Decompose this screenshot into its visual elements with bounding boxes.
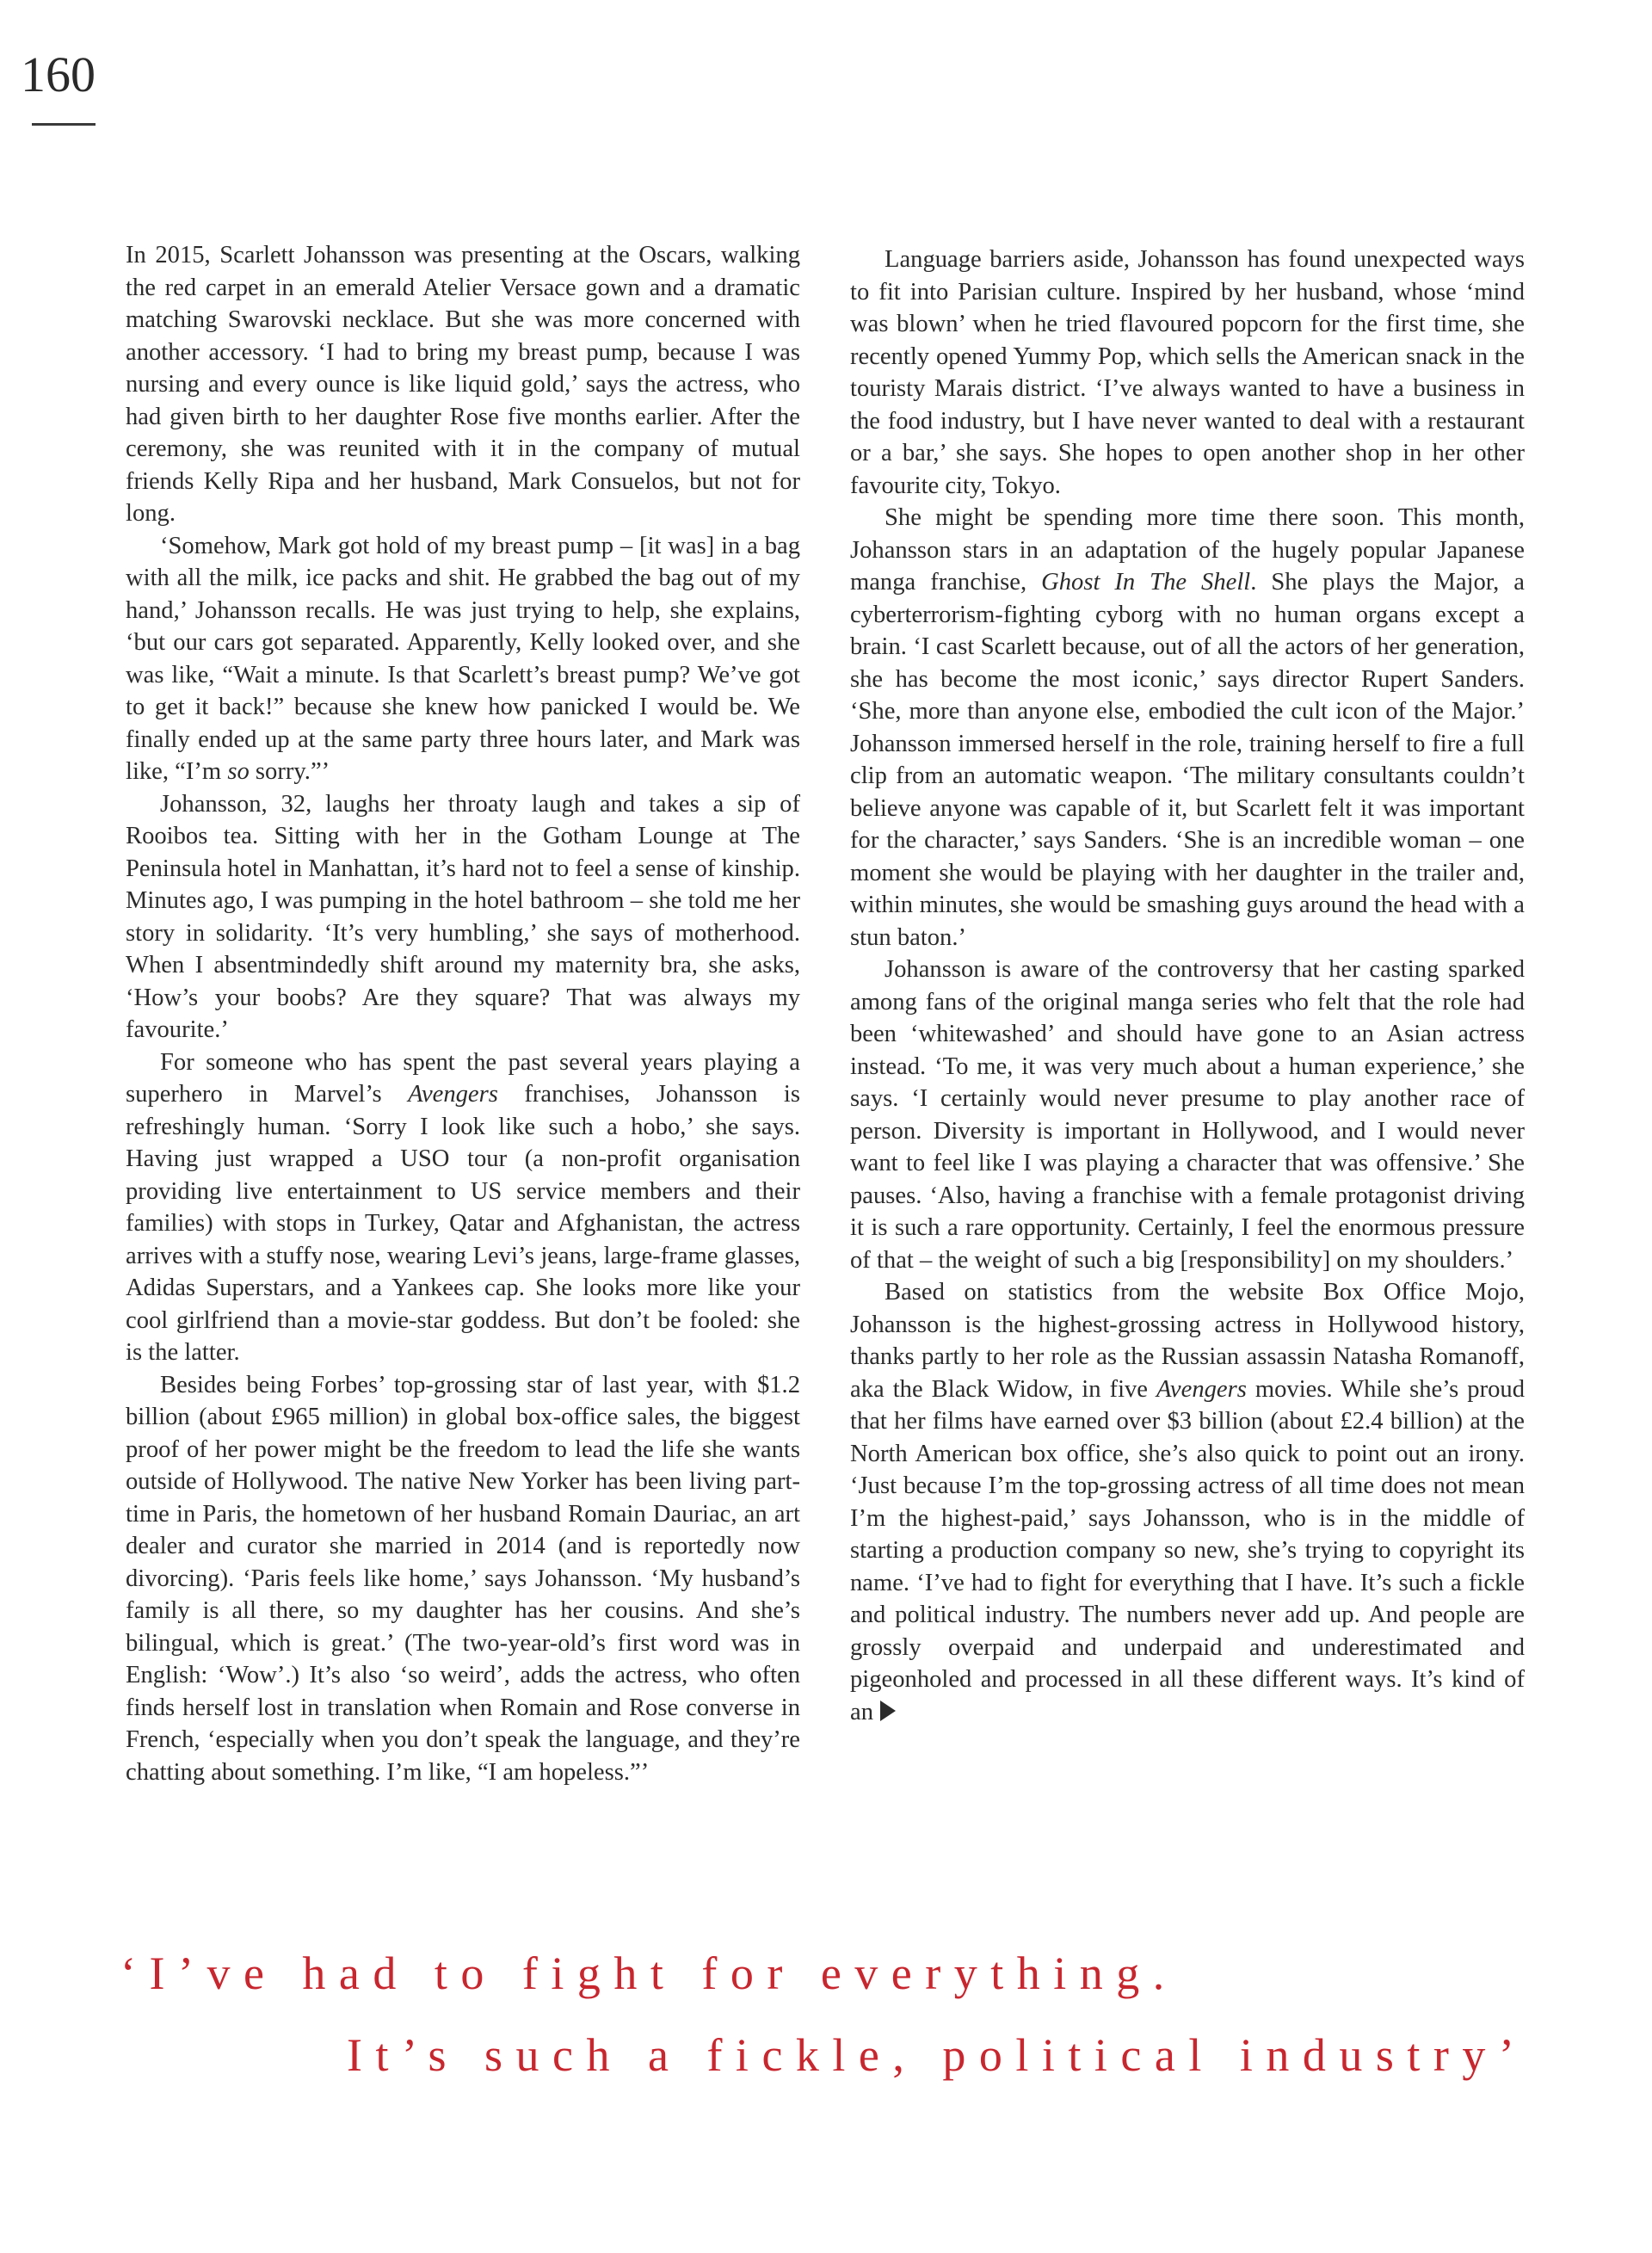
paragraph-text: movies. While she’s proud that her films… — [850, 1376, 1525, 1725]
paragraph-text: Besides being Forbes’ top-grossing star … — [126, 1372, 800, 1786]
italic-title-text: Ghost In The Shell — [1041, 569, 1250, 596]
paragraph-text: ‘Somehow, Mark got hold of my breast pum… — [126, 533, 800, 786]
article-paragraph: Language barriers aside, Johansson has f… — [850, 244, 1525, 502]
article-paragraph: Johansson is aware of the controversy th… — [850, 954, 1525, 1276]
paragraph-text: Johansson is aware of the controversy th… — [850, 956, 1525, 1274]
article-column-left: In 2015, Scarlett Johansson was presenti… — [126, 239, 800, 1788]
pull-quote-line-2: It’s such a fickle, political industry’ — [347, 2028, 1652, 2082]
article-paragraph: In 2015, Scarlett Johansson was presenti… — [126, 239, 800, 530]
article-paragraph: Johansson, 32, laughs her throaty laugh … — [126, 788, 800, 1046]
paragraph-text: franchises, Johansson is refreshingly hu… — [126, 1081, 800, 1366]
page-number-rule — [32, 123, 96, 126]
paragraph-text: Johansson, 32, laughs her throaty laugh … — [126, 791, 800, 1044]
article-paragraph: Besides being Forbes’ top-grossing star … — [126, 1369, 800, 1789]
pull-quote-line-1: ‘I’ve had to fight for everything. — [120, 1947, 1652, 2000]
page-number: 160 — [21, 47, 96, 102]
paragraph-text: sorry.”’ — [250, 758, 330, 785]
article-paragraph: She might be spending more time there so… — [850, 502, 1525, 954]
article-paragraph: For someone who has spent the past sever… — [126, 1046, 800, 1369]
paragraph-text: Language barriers aside, Johansson has f… — [850, 246, 1525, 499]
italic-title-text: so — [227, 758, 249, 785]
paragraph-text: In 2015, Scarlett Johansson was presenti… — [126, 242, 800, 527]
italic-title-text: Avengers — [408, 1081, 498, 1108]
article-paragraph: ‘Somehow, Mark got hold of my breast pum… — [126, 530, 800, 788]
article-paragraph: Based on statistics from the website Box… — [850, 1276, 1525, 1728]
italic-title-text: Avengers — [1156, 1376, 1247, 1403]
article-column-right: Language barriers aside, Johansson has f… — [850, 244, 1525, 1728]
paragraph-text: . She plays the Major, a cyberterrorism-… — [850, 569, 1525, 951]
continue-arrow-icon — [880, 1701, 896, 1721]
